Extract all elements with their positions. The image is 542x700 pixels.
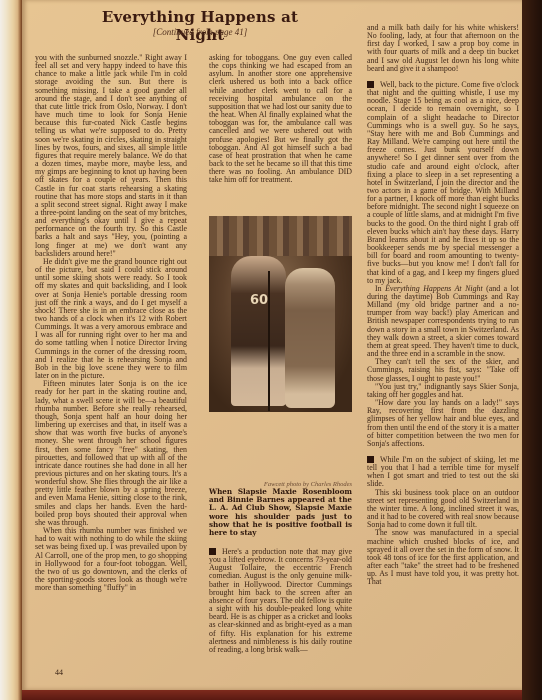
- article-title: Everything Happens at Night: [90, 8, 310, 44]
- paragraph-text: While I'm on the subject of skiing, let …: [367, 455, 519, 488]
- stage-curtain: [209, 216, 352, 256]
- paragraph: They can't tell the sex of the skier, an…: [367, 358, 519, 382]
- binding-edge-right: [522, 0, 542, 700]
- section-bullet-icon: [209, 548, 216, 555]
- column-2-top: asking for toboggans. One guy even calle…: [209, 54, 352, 185]
- paragraph: "How dare you lay hands on a lady!" says…: [367, 399, 519, 448]
- paragraph-text: Here's a production note that may give y…: [209, 547, 352, 654]
- photo-caption: When Slapsie Maxie Rosenbloom and Binnie…: [209, 488, 352, 537]
- section-bullet-icon: [367, 81, 374, 88]
- photo-figure-woman: [285, 268, 335, 408]
- column-1: you with the sunburned snozzle." Right a…: [35, 54, 187, 592]
- photo: 60: [209, 216, 352, 412]
- paragraph: and a milk bath daily for his white whis…: [367, 24, 519, 73]
- paragraph: The snow was manufactured in a special m…: [367, 529, 519, 586]
- section-bullet-icon: [367, 456, 374, 463]
- paragraph: When this rhumba number was finished we …: [35, 527, 187, 592]
- paragraph-text: Well, back to the picture. Come five o'c…: [367, 80, 519, 285]
- column-3: and a milk bath daily for his white whis…: [367, 24, 519, 586]
- paragraph: "You just try," indignantly says Skier S…: [367, 383, 519, 399]
- binding-edge-left: [0, 0, 22, 700]
- paragraph: Here's a production note that may give y…: [209, 548, 352, 654]
- paragraph: you with the sunburned snozzle." Right a…: [35, 54, 187, 258]
- paragraph: He didn't give me the grand bounce right…: [35, 258, 187, 380]
- paragraph-text: (and a lot during the daytime) Bob Cummi…: [367, 284, 519, 358]
- photo-figure-man: [231, 256, 286, 406]
- paragraph: This ski business took place on an outdo…: [367, 489, 519, 530]
- paragraph: Well, back to the picture. Come five o'c…: [367, 81, 519, 285]
- paragraph: asking for toboggans. One guy even calle…: [209, 54, 352, 185]
- paragraph: Fifteen minutes later Sonja is on the ic…: [35, 380, 187, 527]
- jersey-number: 60: [239, 293, 279, 308]
- column-2-bottom: Here's a production note that may give y…: [209, 548, 352, 654]
- page-number: 44: [55, 668, 63, 677]
- paragraph: While I'm on the subject of skiing, let …: [367, 456, 519, 489]
- paragraph: In Everything Happens At Night (and a lo…: [367, 285, 519, 358]
- page-bottom-edge: [22, 690, 522, 700]
- microphone-stand: [268, 271, 270, 411]
- continued-note: [Continued from page 41]: [90, 27, 310, 37]
